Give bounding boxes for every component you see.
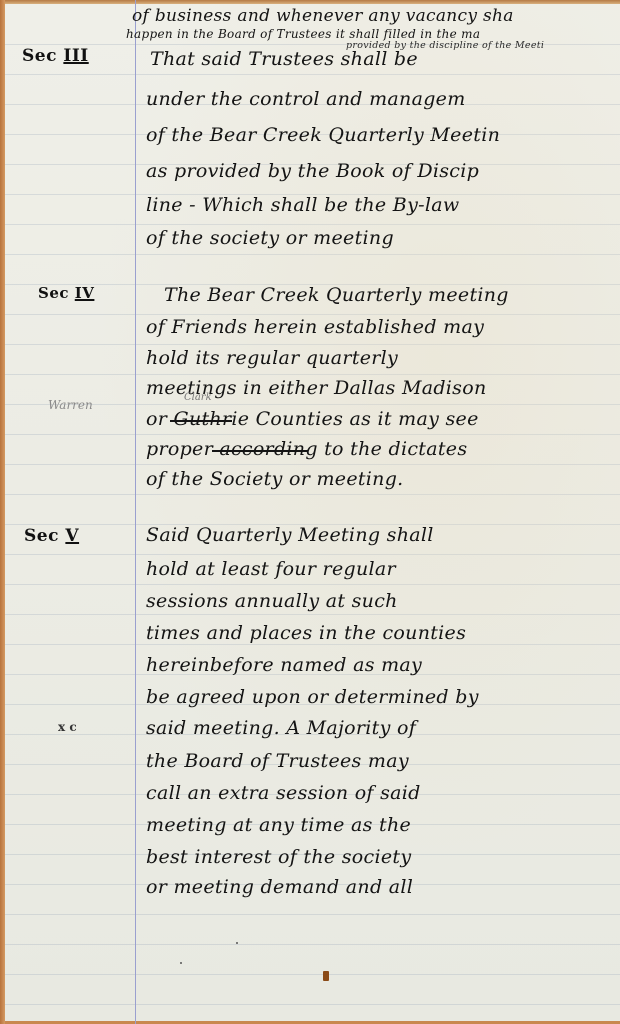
text-line: under the control and managem	[146, 88, 466, 110]
margin-mark: x c	[58, 720, 77, 734]
continuation-line: of business and whenever any vacancy sha	[132, 6, 514, 26]
text-line: be agreed upon or determined by	[146, 686, 479, 708]
strikethrough-according	[212, 450, 308, 452]
section-label-v: Sec V	[24, 526, 79, 546]
text-line: the Board of Trustees may	[146, 750, 409, 772]
text-line: of Friends herein established may	[146, 316, 484, 338]
page-left-edge	[0, 0, 5, 1024]
text-line: hold at least four regular	[146, 558, 396, 580]
text-line: The Bear Creek Quarterly meeting	[164, 284, 509, 306]
section-prefix: Sec	[24, 526, 59, 546]
section-number: V	[65, 526, 79, 546]
insertion-clark: Clark	[184, 392, 212, 403]
section-label-iv: Sec IV	[38, 284, 94, 302]
text-line: line - Which shall be the By-law	[146, 194, 459, 216]
text-line: meeting at any time as the	[146, 814, 411, 836]
manuscript-page	[4, 3, 620, 1021]
text-line: call an extra session of said	[146, 782, 421, 804]
margin-rule	[135, 0, 136, 1024]
text-line: sessions annually at such	[146, 590, 398, 612]
section-number: IV	[75, 284, 95, 302]
text-line: as provided by the Book of Discip	[146, 160, 479, 182]
text-line: of the society or meeting	[146, 227, 394, 249]
ink-speck	[180, 962, 182, 964]
text-line: Said Quarterly Meeting shall	[146, 524, 434, 546]
text-line: best interest of the society	[146, 846, 411, 868]
section-number: III	[63, 46, 88, 66]
text-line: hold its regular quarterly	[146, 347, 398, 369]
section-prefix: Sec	[38, 284, 69, 302]
continuation-line: happen in the Board of Trustees it shall…	[126, 27, 480, 41]
paper-stain	[323, 971, 329, 981]
text-line: of the Society or meeting.	[146, 468, 404, 490]
text-line: said meeting. A Majority of	[146, 717, 416, 739]
strikethrough-guthrie	[170, 420, 232, 422]
text-line: proper according to the dictates	[146, 438, 467, 460]
section-prefix: Sec	[22, 46, 57, 66]
text-line: hereinbefore named as may	[146, 654, 422, 676]
text-line: of the Bear Creek Quarterly Meetin	[146, 124, 500, 146]
page-top-edge	[0, 0, 620, 4]
text-line: or Guthrie Counties as it may see	[146, 408, 479, 430]
text-line: times and places in the counties	[146, 622, 466, 644]
text-line: or meeting demand and all	[146, 876, 413, 898]
ink-speck	[236, 942, 238, 944]
margin-note-warren: Warren	[48, 398, 93, 412]
section-label-iii: Sec III	[22, 46, 89, 66]
text-line: That said Trustees shall be	[150, 48, 418, 70]
